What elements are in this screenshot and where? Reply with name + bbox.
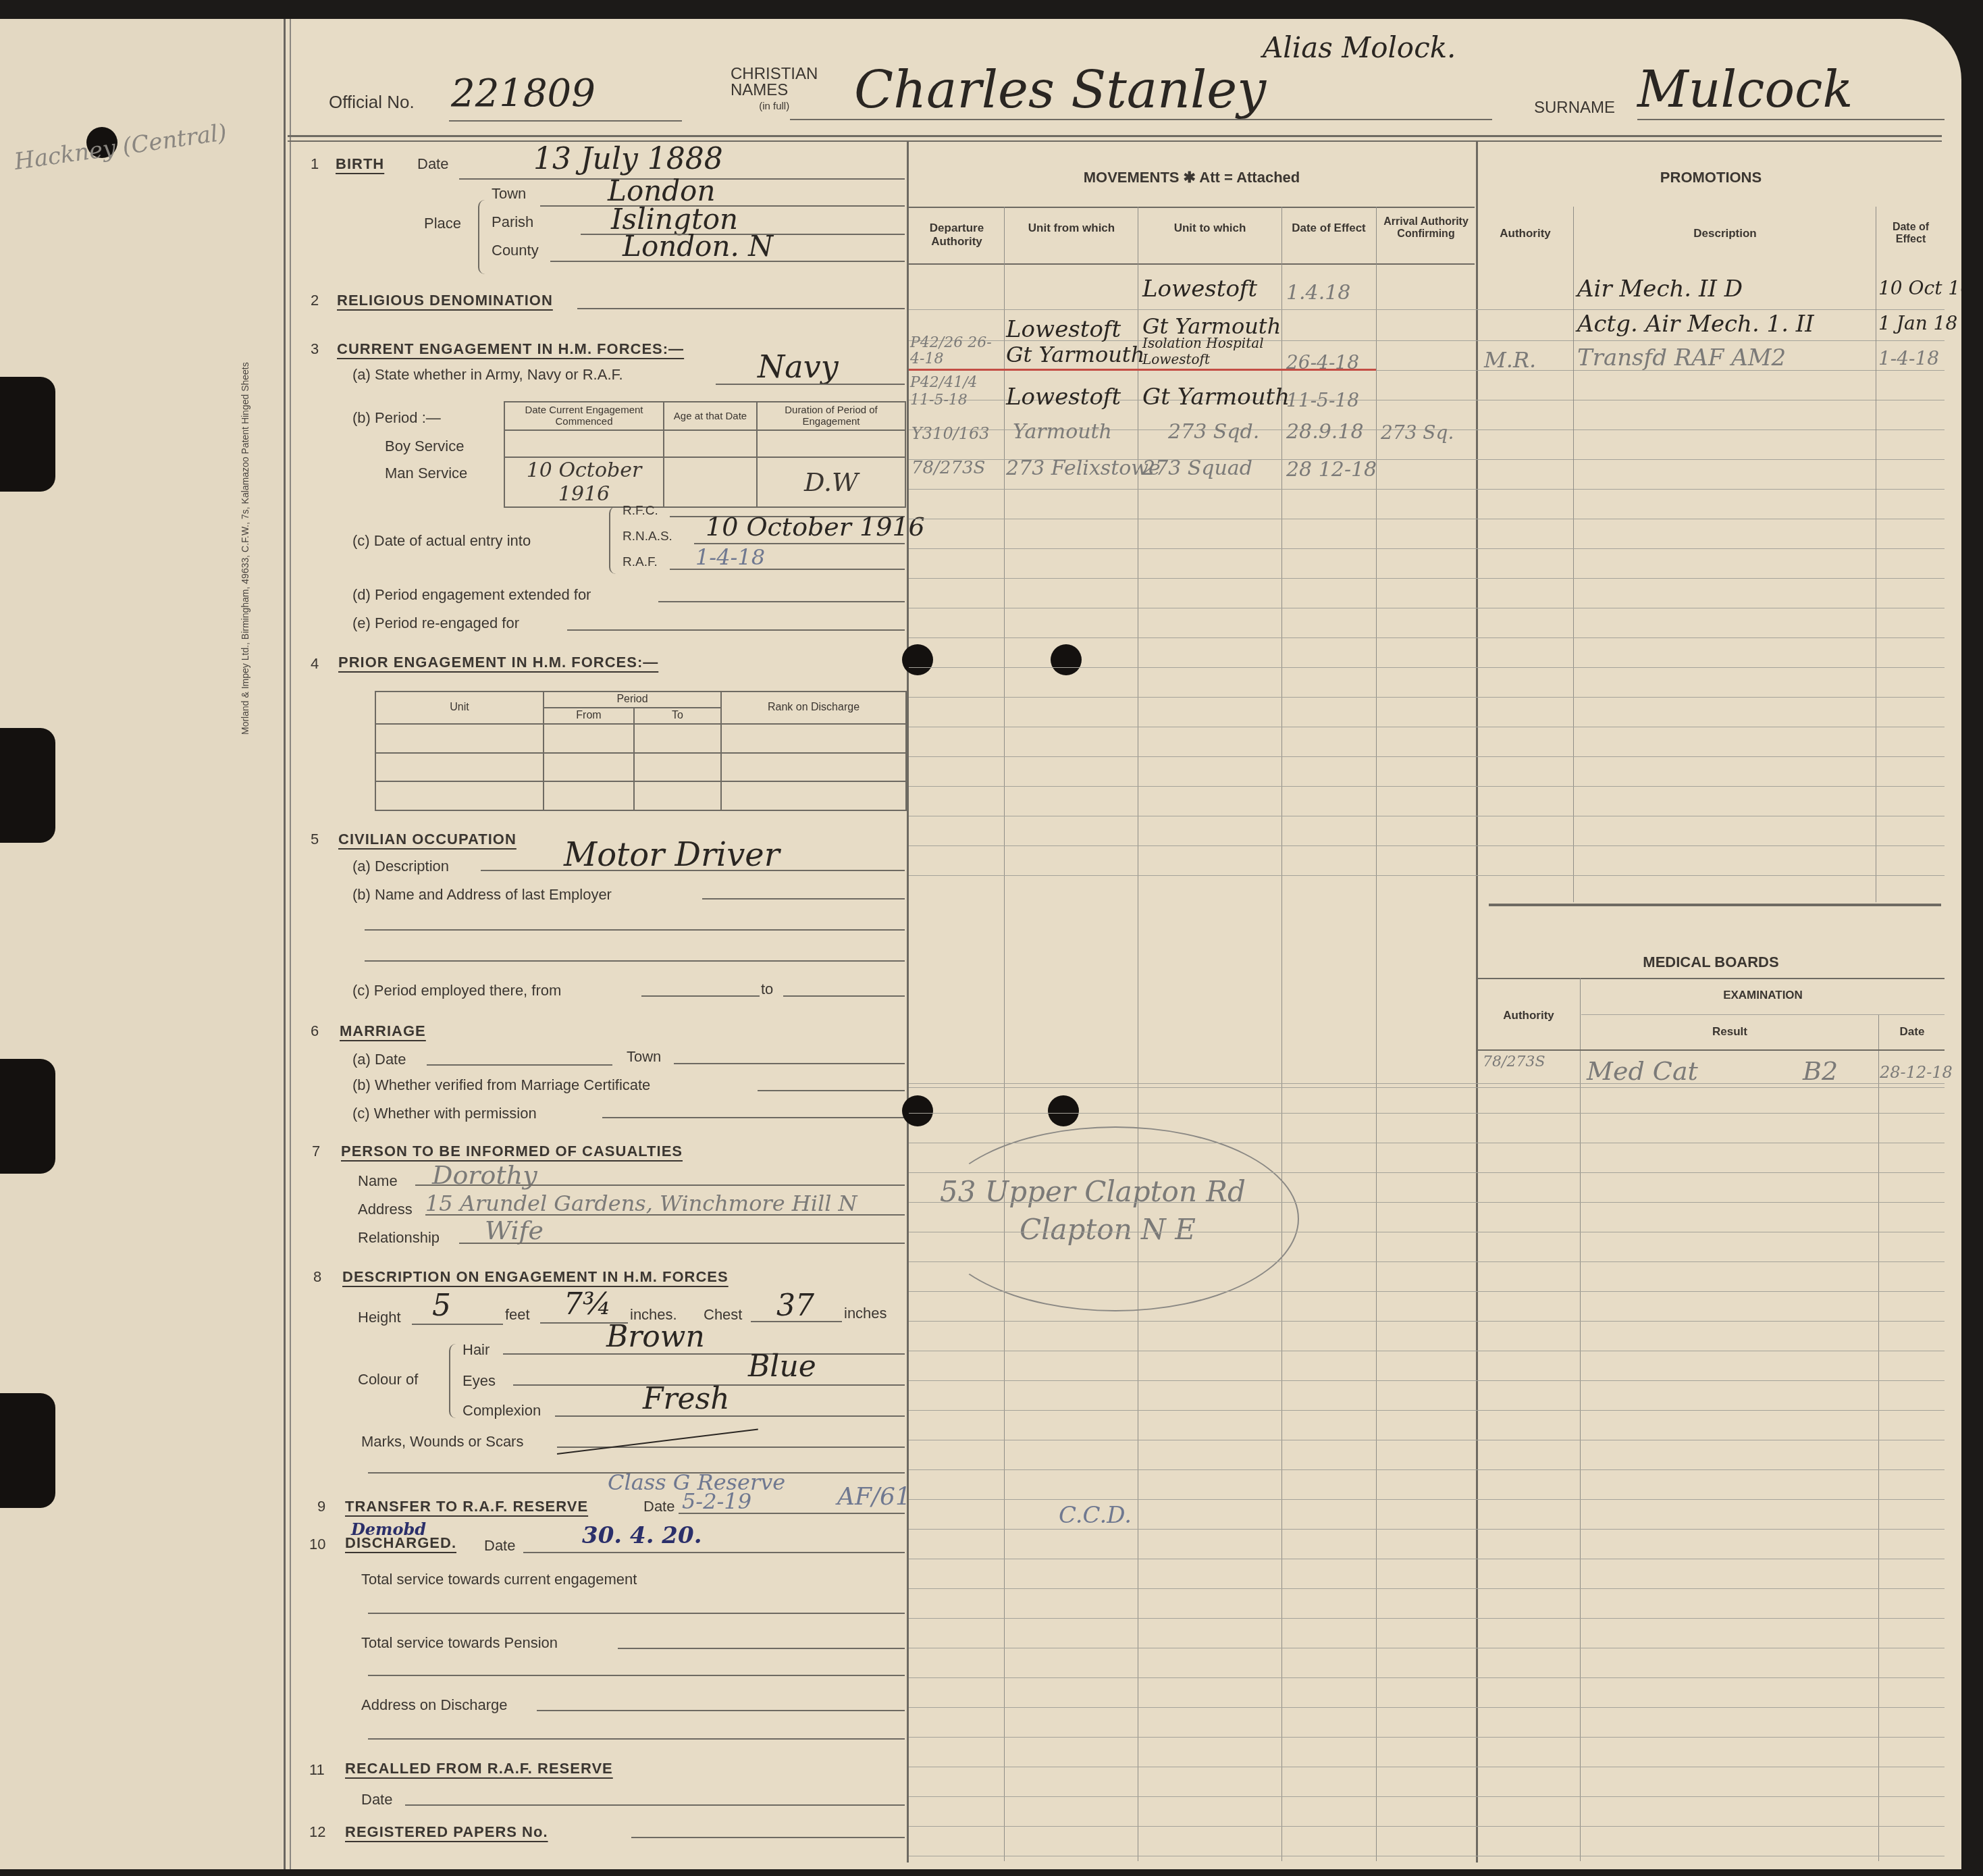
punch-hole (1051, 644, 1082, 675)
ruled-line (909, 1202, 1945, 1203)
ruled-line (909, 1172, 1945, 1173)
movement-from: Gt Yarmouth (1006, 342, 1144, 367)
field-underline (459, 1243, 905, 1244)
column-line (1376, 207, 1377, 1861)
employer-label: (b) Name and Address of last Employer (352, 886, 612, 904)
ruled-line (909, 1796, 1945, 1797)
promotion-authority-header: Authority (1477, 227, 1573, 240)
marriage-heading: MARRIAGE (340, 1022, 426, 1040)
field-underline (550, 261, 905, 262)
raf-label: R.A.F. (623, 555, 658, 570)
ruled-line (909, 1113, 1945, 1114)
field-underline (415, 1184, 905, 1186)
total-current-label: Total service towards current engagement (361, 1571, 637, 1588)
employed-to-label: to (761, 981, 773, 998)
medical-authority-header: Authority (1477, 1009, 1580, 1022)
colour-of-label: Colour of (358, 1371, 418, 1388)
surname-underline (1637, 119, 1945, 120)
entry-date-label: (c) Date of actual entry into (352, 532, 531, 550)
contact-address-label: Address (358, 1201, 413, 1218)
promotion-date-header: Date of Effect (1877, 222, 1945, 246)
ruled-line (909, 1826, 1945, 1827)
movements-header-line (909, 263, 1475, 265)
ruled-line (909, 667, 1945, 668)
examination-header: EXAMINATION (1581, 989, 1945, 1002)
column-line (1878, 1014, 1879, 1861)
transfer-reserve-heading: TRANSFER TO R.A.F. RESERVE (345, 1498, 588, 1515)
relationship-label: Relationship (358, 1229, 440, 1247)
promotions-bottom-rule (1489, 904, 1941, 906)
ruled-line (909, 875, 1945, 876)
county-label: County (492, 242, 539, 259)
ruled-line (909, 1529, 1945, 1530)
height-feet-value: 5 (432, 1288, 451, 1323)
movements-lower-note: C.C.D. (1059, 1502, 1132, 1529)
section-number: 2 (311, 292, 319, 309)
printer-imprint: Morland & Impey Ltd., Birmingham, 49633,… (240, 362, 250, 735)
feet-label: feet (505, 1306, 530, 1324)
ruled-line (909, 1351, 1945, 1351)
casualty-contact-heading: PERSON TO BE INFORMED OF CASUALTIES (341, 1143, 683, 1160)
field-underline (555, 1415, 905, 1417)
ruled-line (909, 1648, 1945, 1648)
extended-field (658, 601, 905, 602)
complexion-label: Complexion (462, 1402, 541, 1419)
ruled-line (909, 519, 1945, 519)
transfer-ref-note: AF/61 (837, 1483, 911, 1511)
birth-county-value: London. N (623, 230, 773, 263)
table-row (375, 753, 906, 782)
field-underline (503, 1353, 905, 1355)
column-line (1876, 207, 1876, 902)
label-line: NAMES (731, 82, 818, 99)
total-current-field (368, 1613, 905, 1614)
binder-punch-hole (0, 1393, 55, 1508)
ruled-line (909, 1143, 1945, 1143)
ruled-line (909, 548, 1945, 549)
movements-header-line (909, 207, 1475, 208)
discharge-heading: DISCHARGED. (345, 1534, 456, 1552)
description-heading: DESCRIPTION ON ENGAGEMENT IN H.M. FORCES (342, 1268, 729, 1286)
medical-result-header: Result (1581, 1025, 1878, 1039)
employer-field (702, 898, 905, 900)
christian-names-value: Charles Stanley (854, 59, 1266, 120)
column-line (1004, 207, 1005, 1861)
discharge-date-label: Date (484, 1537, 515, 1555)
man-age-cell (664, 457, 757, 507)
rnas-value: 10 October 1916 (706, 512, 925, 542)
ruled-line (909, 1767, 1945, 1767)
registered-papers-field (631, 1837, 905, 1838)
label-line: (in full) (731, 99, 818, 115)
discharge-address-field (537, 1710, 905, 1711)
recalled-date-field (405, 1804, 905, 1806)
eyes-value: Blue (748, 1349, 816, 1384)
recalled-heading: RECALLED FROM R.A.F. RESERVE (345, 1760, 613, 1777)
section-number: 5 (311, 831, 319, 848)
hair-label: Hair (462, 1341, 490, 1359)
ruled-line (909, 1083, 1945, 1084)
colour-brace (449, 1344, 457, 1418)
ruled-line (909, 845, 1945, 846)
prior-engagement-table: Unit Period Rank on Discharge From To (375, 691, 907, 811)
movement-to: Lowestoft (1142, 276, 1257, 303)
ruled-line (909, 1410, 1945, 1411)
place-brace (478, 200, 486, 274)
ruled-line (909, 1261, 1945, 1262)
movements-heading: MOVEMENTS ✱ Att = Attached (909, 169, 1475, 186)
punch-hole (1048, 1095, 1079, 1126)
boy-commenced-cell (504, 430, 664, 457)
parish-label: Parish (492, 213, 533, 231)
prior-engagement-heading: PRIOR ENGAGEMENT IN H.M. FORCES:— (338, 654, 658, 671)
marriage-date-label: (a) Date (352, 1051, 406, 1068)
eyes-label: Eyes (462, 1372, 496, 1390)
field-underline (481, 870, 905, 871)
rfc-label: R.F.C. (623, 504, 658, 519)
binder-hinge-line (284, 19, 291, 1869)
movement-from: Lowestoft (1006, 384, 1121, 411)
movement-arrival: 273 Sq. (1381, 421, 1454, 444)
total-pension-field-2 (368, 1675, 905, 1676)
header-divider (288, 135, 1942, 137)
column-line (1138, 207, 1138, 1861)
discharge-address-field-2 (368, 1738, 905, 1740)
section-number: 10 (309, 1536, 325, 1553)
reengaged-label: (e) Period re-engaged for (352, 615, 519, 632)
certificate-field (758, 1090, 905, 1091)
ruled-line (909, 608, 1945, 608)
movement-from: Lowestoft (1006, 316, 1121, 343)
medical-grade: B2 (1803, 1056, 1838, 1086)
discharge-date-value: 30. 4. 20. (582, 1522, 702, 1549)
period-header: Duration of Period of Engagement (757, 402, 905, 430)
religion-field (577, 308, 905, 309)
cell (544, 724, 634, 753)
transfer-date-value: 5-2-19 (682, 1488, 751, 1514)
ruled-line (909, 1499, 1945, 1500)
employed-from-field (641, 995, 760, 997)
christian-names-underline (790, 119, 1492, 120)
section-number: 11 (309, 1761, 325, 1779)
registered-papers-heading: REGISTERED PAPERS No. (345, 1823, 548, 1841)
rank-header: Rank on Discharge (721, 692, 906, 724)
birth-date-value: 13 July 1888 (533, 142, 723, 176)
cell (721, 753, 906, 782)
binder-stub (0, 19, 282, 1869)
movement-date: 28.9.18 (1286, 420, 1364, 444)
height-inches-value: 7¾ (564, 1287, 612, 1322)
unit-header: Unit (375, 692, 544, 724)
ruled-line (909, 727, 1945, 727)
movement-to: Gt Yarmouth (1142, 384, 1290, 411)
promotions-heading: PROMOTIONS (1477, 169, 1945, 186)
employed-from-label: (c) Period employed there, from (352, 982, 561, 999)
table-row (375, 781, 906, 810)
discharge-address-label: Address on Discharge (361, 1696, 507, 1714)
unit-to-header: Unit to which (1140, 222, 1280, 235)
occupation-value: Motor Driver (564, 836, 780, 874)
examination-sub-line (1581, 1014, 1945, 1015)
left-panel-divider (907, 140, 909, 1862)
ruled-line (909, 816, 1945, 816)
cell (375, 753, 544, 782)
promotion-date: 1 Jan 18 (1878, 312, 1957, 334)
town-label: Town (492, 185, 526, 203)
place-label: Place (424, 215, 461, 232)
employer-field-2 (365, 929, 905, 931)
medical-date-header: Date (1880, 1025, 1945, 1039)
movement-row-strike-through (909, 369, 1376, 371)
table-row (375, 724, 906, 753)
extended-label: (d) Period engagement extended for (352, 586, 591, 604)
date-of-effect-header: Date of Effect (1283, 222, 1375, 235)
man-commenced-cell: 10 October 1916 (504, 457, 664, 507)
unit-from-header: Unit from which (1006, 222, 1137, 235)
medical-header-line (1477, 978, 1945, 979)
chest-value: 37 (776, 1288, 814, 1323)
complexion-value: Fresh (643, 1382, 730, 1416)
cell (544, 753, 634, 782)
ruled-line (909, 489, 1945, 490)
period-header: Date Current Engagement Commenced (504, 402, 664, 430)
alt-address-line2: Clapton N E (1020, 1213, 1196, 1246)
ruled-line (909, 1737, 1945, 1738)
contact-address-value: 15 Arundel Gardens, Winchmore Hill N (425, 1191, 857, 1216)
field-underline (751, 1321, 842, 1322)
cell (375, 781, 544, 810)
movement-date: 28 12-18 (1286, 458, 1377, 481)
surname-label: SURNAME (1534, 99, 1615, 118)
marriage-town-label: Town (627, 1048, 661, 1066)
section-number: 9 (317, 1498, 325, 1515)
section-number: 6 (311, 1022, 319, 1040)
ruled-line (909, 309, 1945, 310)
religion-heading: RELIGIOUS DENOMINATION (337, 292, 553, 309)
column-line (1573, 207, 1574, 902)
ruled-line (909, 756, 1945, 757)
movement-to: 273 Squad (1142, 457, 1252, 480)
chest-label: Chest (704, 1306, 742, 1324)
height-label: Height (358, 1309, 401, 1326)
medical-result: Med Cat (1587, 1056, 1698, 1086)
binder-punch-hole (0, 1059, 55, 1174)
cell (721, 724, 906, 753)
ruled-line (909, 1588, 1945, 1589)
promotion-date: 10 Oct 16 (1878, 277, 1961, 299)
boy-age-cell (664, 430, 757, 457)
ruled-line (909, 1440, 1945, 1440)
movement-date: 1.4.18 (1286, 281, 1350, 305)
field-underline (412, 1324, 503, 1325)
section-number: 12 (309, 1823, 325, 1841)
permission-label: (c) Whether with permission (352, 1105, 537, 1122)
service-branch-value: Navy (758, 348, 839, 385)
official-no-value: 221809 (451, 72, 596, 115)
boy-duration-cell (757, 430, 905, 457)
christian-names-label: CHRISTIAN NAMES (in full) (731, 66, 818, 115)
binder-punch-hole (0, 377, 55, 492)
marriage-date-field (427, 1064, 612, 1066)
column-line (1281, 207, 1282, 1861)
section-number: 8 (313, 1268, 321, 1286)
arrival-authority-header: Arrival Authority Confirming (1377, 216, 1475, 240)
service-branch-label: (a) State whether in Army, Navy or R.A.F… (352, 366, 623, 384)
section-number: 3 (311, 340, 319, 358)
ruled-line (909, 578, 1945, 579)
cell (634, 753, 721, 782)
civilian-occupation-heading: CIVILIAN OCCUPATION (338, 831, 517, 848)
alias-note: Alias Molock. (1263, 31, 1456, 64)
movement-from: 273 Felixstowe (1006, 457, 1161, 480)
occupation-description-label: (a) Description (352, 858, 449, 875)
field-underline (716, 384, 905, 385)
ruled-line (909, 1707, 1945, 1708)
official-no-label: Official No. (329, 92, 415, 113)
transfer-date-label: Date (643, 1498, 675, 1515)
rnas-label: R.N.A.S. (623, 529, 672, 544)
permission-field (602, 1117, 905, 1118)
punch-hole (902, 644, 933, 675)
departure-authority-header: Departure Authority (910, 222, 1003, 249)
birth-heading: BIRTH (336, 155, 384, 173)
cell (375, 724, 544, 753)
medical-header-bottom (1477, 1049, 1945, 1051)
ruled-line (909, 1559, 1945, 1559)
ruled-line (909, 786, 1945, 787)
medical-boards-heading: MEDICAL BOARDS (1477, 954, 1945, 971)
hair-value: Brown (606, 1320, 705, 1354)
contact-name-label: Name (358, 1172, 398, 1190)
cell (721, 781, 906, 810)
reengaged-field (567, 629, 905, 631)
certificate-label: (b) Whether verified from Marriage Certi… (352, 1076, 650, 1094)
period-header: Period (544, 692, 721, 708)
man-service-label: Man Service (385, 465, 467, 482)
ruled-line (909, 1618, 1945, 1619)
ruled-line (909, 1856, 1945, 1856)
section-number: 1 (311, 155, 319, 173)
from-header: From (544, 708, 634, 724)
period-label: (b) Period :— (352, 409, 441, 427)
official-no-underline (449, 120, 682, 122)
right-panel-divider (1476, 140, 1478, 1862)
period-header: Age at that Date (664, 402, 757, 430)
movement-authority: 78/273S (911, 458, 985, 478)
medical-date: 28-12-18 (1880, 1063, 1953, 1082)
surname-value: Mulcock (1637, 61, 1853, 119)
service-record-card: Hackney (Central) Morland & Impey Ltd., … (0, 19, 1961, 1869)
cell (544, 781, 634, 810)
promotion-description: Air Mech. II D (1577, 276, 1743, 303)
alt-address-line1: 53 Upper Clapton Rd (940, 1175, 1246, 1208)
movement-from: Yarmouth (1013, 420, 1112, 444)
period-table: Date Current Engagement Commenced Age at… (504, 401, 906, 508)
label-line: CHRISTIAN (731, 66, 818, 82)
ruled-line (909, 1469, 1945, 1470)
entry-brace (609, 506, 617, 574)
cell (634, 781, 721, 810)
employer-field-3 (365, 960, 905, 962)
promotion-authority: M.R. (1484, 347, 1536, 373)
movement-to: Isolation Hospital Lowestoft (1142, 335, 1277, 367)
marks-label: Marks, Wounds or Scars (361, 1433, 523, 1451)
ruled-line (909, 697, 1945, 698)
punch-hole (902, 1095, 933, 1126)
ruled-line (909, 1321, 1945, 1322)
medical-authority: 78/273S (1483, 1053, 1545, 1070)
marks-strike-through (557, 1428, 758, 1455)
ruled-line (909, 1380, 1945, 1381)
ruled-line (909, 1232, 1945, 1232)
relationship-value: Wife (485, 1216, 544, 1245)
ruled-line (909, 1291, 1945, 1292)
ruled-line (909, 637, 1945, 638)
man-duration-cell: D.W (757, 457, 905, 507)
marriage-town-field (674, 1063, 905, 1064)
promotion-date: 1-4-18 (1878, 347, 1939, 369)
field-underline (523, 1552, 905, 1553)
cell (634, 724, 721, 753)
field-underline (670, 569, 905, 570)
total-pension-field (618, 1648, 905, 1649)
promotion-description: Transfd RAF AM2 (1577, 344, 1786, 371)
section-number: 7 (312, 1143, 320, 1160)
boy-service-label: Boy Service (385, 438, 464, 455)
movement-date: 11-5-18 (1286, 389, 1359, 411)
current-engagement-heading: CURRENT ENGAGEMENT IN H.M. FORCES:— (337, 340, 684, 358)
recalled-date-label: Date (361, 1791, 392, 1808)
chest-inches-label: inches (844, 1305, 887, 1322)
birth-date-label: Date (417, 155, 448, 173)
column-line (1580, 978, 1581, 1861)
to-header: To (634, 708, 721, 724)
section-number: 4 (311, 655, 319, 673)
binder-punch-hole (0, 728, 55, 843)
employed-to-field (783, 995, 905, 997)
raf-value: 1-4-18 (695, 544, 765, 570)
total-pension-label: Total service towards Pension (361, 1634, 558, 1652)
ruled-line (909, 1677, 1945, 1678)
movement-authority: P42/26 26-4-18 (910, 335, 1003, 367)
promotion-description-header: Description (1575, 227, 1876, 240)
field-underline (679, 1513, 905, 1514)
movement-authority: P42/41/4 11-5-18 (910, 374, 1003, 409)
ruled-line (909, 1087, 1945, 1088)
movement-authority: Y310/163 (911, 424, 990, 443)
promotion-description: Actg. Air Mech. 1. II (1577, 311, 1814, 338)
movement-to: 273 Sqd. (1168, 420, 1259, 444)
